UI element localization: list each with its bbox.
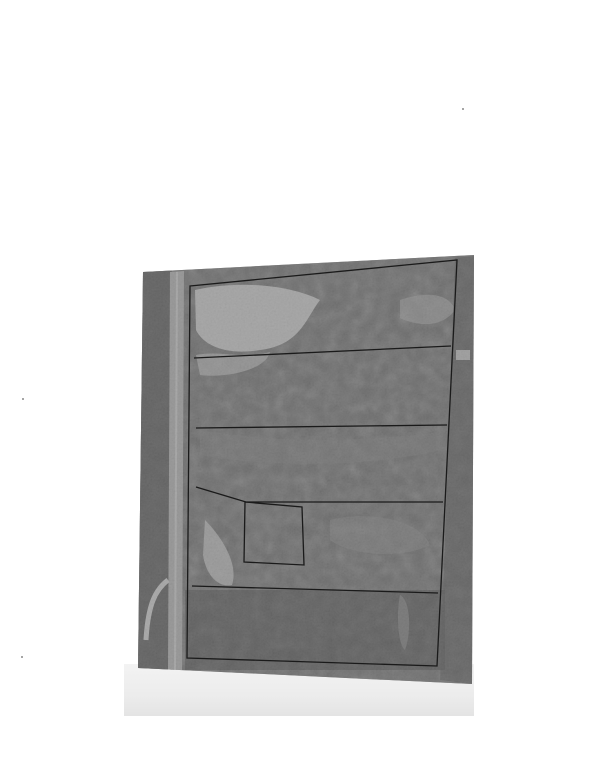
aerial-photo [0, 0, 593, 768]
photo-content [130, 250, 480, 690]
